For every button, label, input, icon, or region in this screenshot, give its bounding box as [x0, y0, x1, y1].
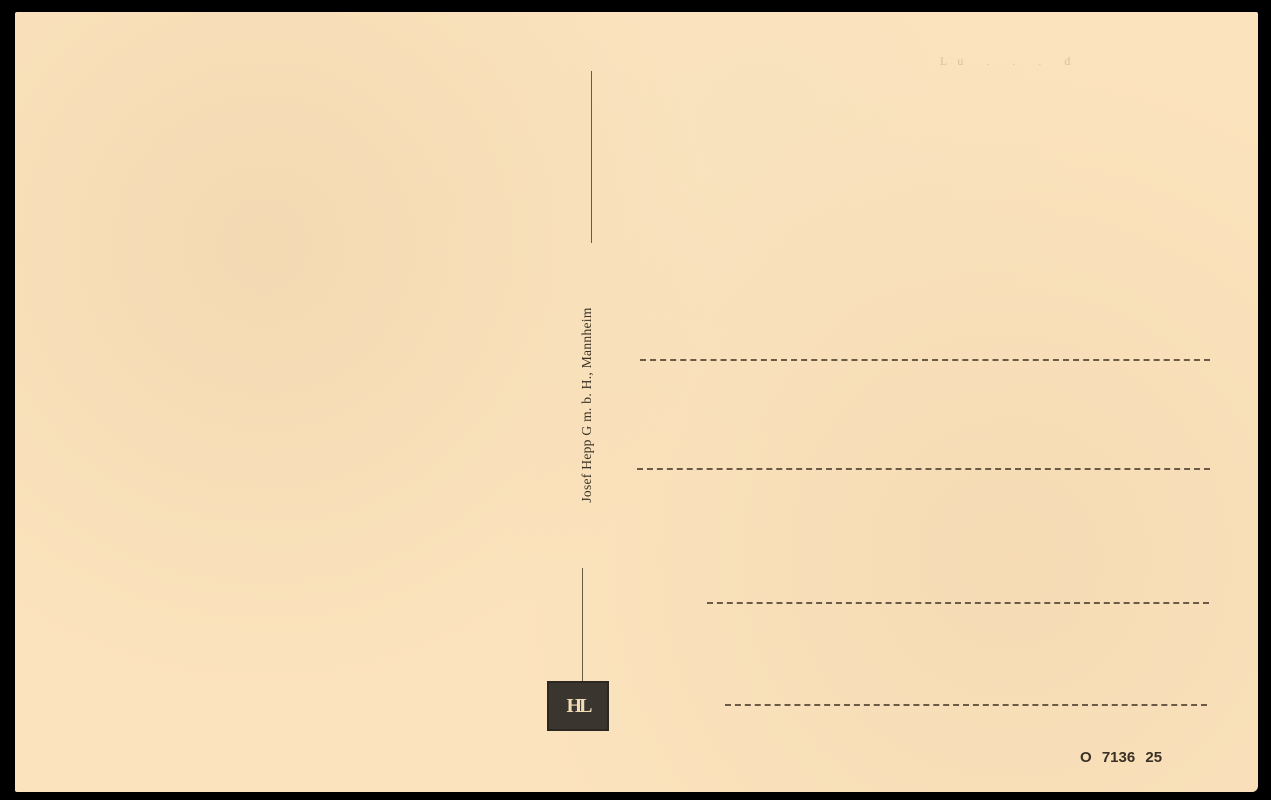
- publisher-logo-icon: HL: [547, 681, 609, 731]
- faint-printed-text: Lu . . . d: [940, 54, 1080, 69]
- address-line-2: [637, 468, 1210, 470]
- catalog-number: O 7136 25: [1080, 749, 1162, 766]
- address-line-4: [725, 704, 1207, 706]
- vertical-divider-top: [591, 71, 592, 243]
- postcard-back: Lu . . . d Josef Hepp G m. b. H., Mannhe…: [15, 12, 1258, 792]
- address-line-1: [640, 359, 1210, 361]
- address-line-3: [707, 602, 1209, 604]
- publisher-imprint: Josef Hepp G m. b. H., Mannheim: [579, 307, 595, 502]
- vertical-divider-bottom: [582, 568, 583, 681]
- logo-monogram: HL: [567, 695, 590, 718]
